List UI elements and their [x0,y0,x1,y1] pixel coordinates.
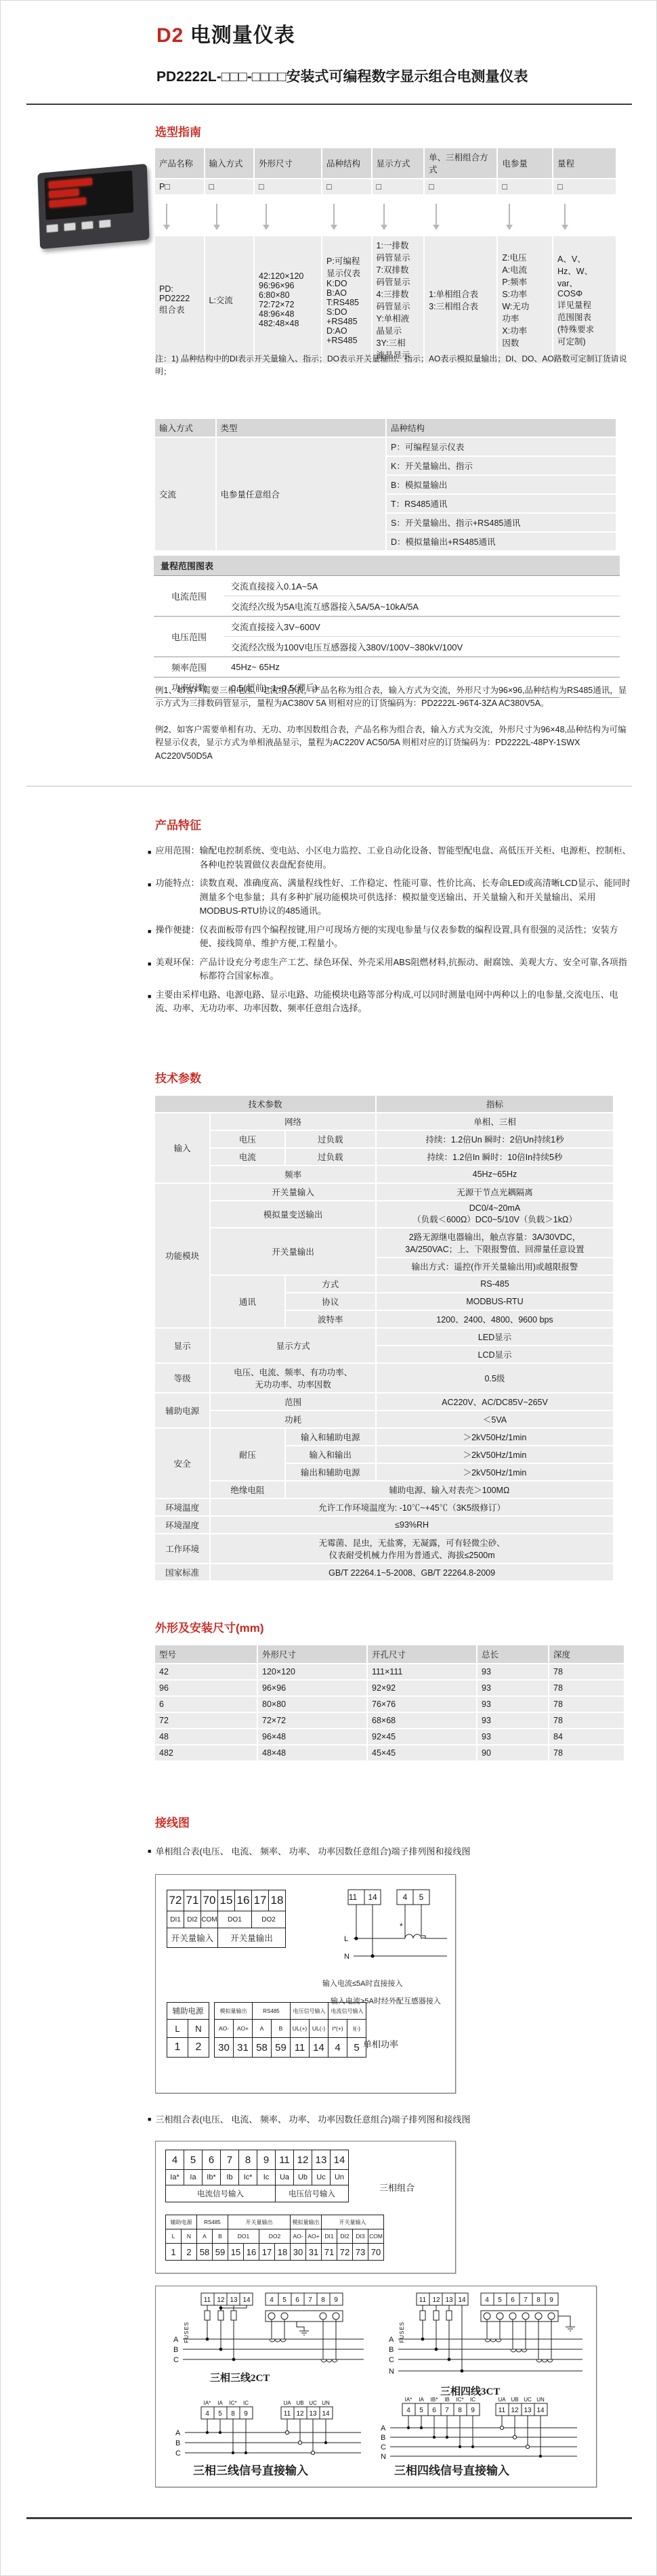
down-arrow-icon [564,204,566,228]
svg-text:6: 6 [295,2296,299,2304]
svg-text:13: 13 [309,2410,317,2418]
svg-text:13: 13 [230,2296,238,2304]
svg-text:A: A [175,2429,181,2437]
svg-text:4: 4 [270,2296,274,2304]
svg-text:13: 13 [524,2407,532,2414]
header-rule [26,104,632,105]
range-table: 量程范围图表 电流范围 交流直接接入0.1A~5A 交流经次级为5A电流互感器接… [154,556,620,698]
table-row: 交流经次级为100V电压互感器接入380V/100V~380kV/100V [154,637,620,657]
wiring-note-2: 输入电流>5A时经外配互感器接入 [331,1995,441,2006]
svg-text:5: 5 [498,2296,502,2304]
table-row: 频率范围 45Hz~ 65Hz [154,657,620,678]
table-row: 环境湿度≤93%RH [155,1517,613,1533]
table-row: 环境温度允许工作环境温度为: -10℃~+45℃（3K5级修订） [155,1499,613,1515]
table-row: P□□ □□ □□ □□ [155,179,616,194]
schematic-3wire-direct: IA* IA IC* IC 4 5 8 9 UA UB UC UN 11 12 … [173,2400,366,2458]
section-heading-features: 产品特征 [155,816,201,832]
page-title: D2 电测量仪表 [156,18,295,48]
svg-text:12: 12 [296,2410,304,2418]
single-phase-schematic: 11 14 4 5 * L N [344,1886,451,1968]
svg-text:5: 5 [218,2410,222,2418]
bullet-square-icon: ■ [148,1848,151,1857]
table-row: 交流经次级为5A电流互感器接入5A/5A~10kA/5A [154,596,620,617]
table-row: 输入方式 类型 品种结构 [155,419,616,437]
svg-text:A: A [389,2336,394,2344]
svg-text:C: C [381,2443,386,2451]
junction-marks [407,2426,542,2458]
svg-text:7: 7 [308,2296,312,2304]
title-text: 电测量仪表 [190,24,295,47]
svg-text:11: 11 [499,2407,506,2414]
svg-text:IA*: IA* [204,2400,211,2406]
table-row: 辅助电源 RS485 开关量输出 模拟量输出 开关量输入 [166,2215,384,2229]
svg-text:9: 9 [549,2296,553,2304]
section-heading-wiring: 接线图 [155,1813,190,1830]
schematic-wires [390,2403,577,2456]
svg-text:UA: UA [498,2397,506,2403]
svg-text:IC*: IC* [229,2400,236,2406]
svg-text:12: 12 [217,2296,225,2304]
table-row: DI1DI2 COMDO1 DO2 [167,1911,286,1928]
meter-button [81,221,93,230]
list-item: ■ 操作便捷： 仪表面板带有四个编程按键,用户可现场方便的实现电参量与仪表参数的… [148,923,633,951]
svg-text:5: 5 [282,2296,287,2304]
table-row: 电流范围 交流直接接入0.1A~5A [154,576,620,596]
svg-text:B: B [381,2434,385,2442]
svg-text:14: 14 [368,1892,377,1902]
svg-text:N: N [344,1953,349,1961]
product-photo [39,169,140,263]
table-row: 交流 电参量任意组合 P：可编程显示仪表 [155,438,616,456]
schematic-4wire-3ct: 11 12 13 14 4 5 6 7 8 9 A B C N FUSES [379,2292,589,2381]
single-phase-diagram: 7271 7015 1617 18 DI1DI2 COMDO1 DO2 开关量输… [155,1874,456,2093]
down-arrow-icon [333,204,335,228]
svg-text:11: 11 [284,2410,291,2418]
svg-text:11: 11 [204,2296,211,2304]
dimensions-table: 型号外形尺寸 开孔尺寸总长 深度 42120×120111×1119378 96… [154,1644,625,1762]
svg-text:L: L [344,1935,348,1943]
table-row: 通讯方式RS-485 [155,1276,613,1292]
table-row: 显示显示方式LED显示 [155,1329,613,1345]
table-row: 7272×7268×689378 [155,1713,624,1728]
meter-button [64,222,76,231]
meter-button [99,219,111,229]
svg-text:B: B [173,2346,178,2354]
schematic-wires [185,2407,361,2453]
table-row: 输入网络单相、三相 [155,1113,613,1130]
series-badge: D2 [156,24,184,47]
svg-text:11: 11 [349,1892,358,1902]
svg-text:8: 8 [321,2296,325,2304]
svg-text:UC: UC [309,2400,317,2406]
table-row: 4896×4892×459384 [155,1729,624,1744]
svg-text:7: 7 [524,2296,528,2304]
svg-text:A: A [173,2336,179,2344]
svg-text:14: 14 [322,2410,330,2418]
svg-text:8: 8 [458,2407,462,2414]
table-row: Ia*Ia Ib*Ib Ic*Ic UaUb UcUn [166,2170,349,2185]
table-row: 量程范围图表 [154,556,620,576]
datasheet-page: D2 电测量仪表 PD2222L-□□□-□□□□安装式可编程数字显示组合电测量… [0,0,657,2576]
table-row: 电压范围 交流直接接入3V~600V [154,617,620,637]
list-item: ■ 功能特点： 读数直观、准确度高、满量程线性好、工作稳定、性能可靠、性价比高、… [148,876,633,918]
list-item: ■ 主要由采样电路、电源电路、显示电路、功能模块电路等部分构成,可以同时测量电网… [148,988,633,1016]
table-row: 3031 5859 1114 45 [215,2038,366,2058]
down-arrow-icon [383,204,385,228]
schematic-caption: 三相三线2CT [210,2370,270,2384]
table-row: 型号外形尺寸 开孔尺寸总长 深度 [155,1645,624,1663]
svg-text:IC*: IC* [456,2397,463,2403]
svg-text:4: 4 [205,2410,209,2418]
terminal-strip-signals-3p: 45 67 89 1112 1314 Ia*Ia Ib*Ib Ic*Ic UaU… [165,2150,349,2202]
svg-text:C: C [389,2356,394,2364]
down-arrow-icon [266,204,267,228]
svg-text:A: A [381,2424,386,2433]
svg-text:IA: IA [217,2400,223,2406]
table-row: 12 5859 1516 1718 3031 7172 7370 [166,2244,384,2261]
section-divider [26,786,632,786]
meter-button [46,224,58,234]
svg-text:9: 9 [334,2296,338,2304]
table-row: 12 [167,2038,209,2058]
bullet-square-icon: ■ [148,959,151,983]
svg-text:6: 6 [432,2407,436,2414]
table-row: PD: PD2222 组合表 L:交流 42:120×120 96:96×96 … [155,236,616,363]
svg-text:14: 14 [458,2296,466,2304]
led-segment [49,189,79,198]
schematic-caption: 三相三线信号直接输入 [193,2461,308,2478]
fuses-label: FUSES [399,2322,405,2343]
terminal-strip-signals: 模拟量输出 RS485 电压信号输入 电流信号输入 AO-AO+ AB UL(+… [214,2002,366,2058]
svg-text:UN: UN [322,2400,330,2406]
svg-text:C: C [175,2449,181,2458]
svg-text:IB: IB [444,2397,450,2403]
svg-text:IA: IA [419,2397,424,2403]
down-arrow-icon [436,204,437,228]
svg-text:14: 14 [242,2296,251,2304]
meter-buttons [46,217,142,233]
svg-text:14: 14 [536,2407,545,2414]
bullet-square-icon: ■ [148,2116,151,2125]
down-arrow-icon [509,204,510,228]
features-list: ■ 应用范围： 输配电控制系统、变电站、小区电力监控、工业自动化设备、智能型配电… [148,844,633,1021]
meter-body [37,164,149,249]
table-row: 电流信号输入 电压信号输入 [166,2185,349,2202]
table-row: 产品名称输入方式 外形尺寸品种结构 显示方式单、三相组合方式 电参量量程 [155,148,616,178]
bullet-square-icon: ■ [148,880,151,918]
table-row: AO-AO+ AB UL(+)UL(-) I*(+)I(-) [215,2020,366,2038]
tech-params-table: 技术参数指标 输入网络单相、三相 电压过负载持续：1.2倍Un 瞬时：2倍Un持… [154,1094,614,1582]
table-row: 模拟量变送输出DC0/4~20mA （负载＜600Ω）DC0~5/10V（负载＞… [155,1201,613,1227]
table-row: 42120×120111×1119378 [155,1664,624,1679]
table-row: 9696×9692×929378 [155,1681,624,1695]
meter-display [45,171,134,220]
svg-text:*: * [400,1922,403,1931]
table-row: LN [167,2020,209,2038]
bullet-square-icon: ■ [148,927,151,951]
svg-text:7: 7 [445,2407,449,2414]
schematic-caption: 单相功率 [363,2037,398,2050]
svg-text:B: B [175,2439,180,2447]
table-row: 7271 7015 1617 18 [167,1890,286,1911]
wiring-bullet-1: ■ 单相组合表(电压、 电流、 频率、 功率、 功率因数任意组合)端子排列图和接… [148,1844,629,1857]
svg-text:IC: IC [470,2397,475,2403]
diagram-side-label: 三相组合 [379,2181,415,2194]
example-1: 例1、如客户需要三相电压、电流组合表，产品名称为组合表，输入方式为交流，外形尺寸… [155,684,633,711]
terminal-strip-aux-power: 辅助电源 LN 12 [167,2002,209,2058]
bullet-square-icon: ■ [148,992,151,1016]
wiring-bullet-2: ■ 三相组合表(电压、 电流、 频率、 功率、 功率因数任意组合)端子排列图和接… [148,2112,629,2125]
table-row: 功能模块开关量输入无源干节点光耦隔离 [155,1184,613,1200]
table-row: 等级电压、电流、频率、有功功率、 无功功率、功率因数0.5级 [155,1364,613,1392]
svg-text:UA: UA [283,2400,291,2406]
section-heading-dimensions: 外形及安装尺寸(mm) [155,1618,264,1635]
terminal-strip-io-3p: 辅助电源 RS485 开关量输出 模拟量输出 开关量输入 LN AB DO1 D… [165,2215,384,2261]
three-phase-schematics: 11 12 13 14 4 5 6 7 8 9 A B C FUSES 三相三线… [155,2286,597,2487]
junction-dots [354,1936,374,1957]
svg-text:9: 9 [471,2407,475,2414]
svg-text:12: 12 [511,2407,519,2414]
svg-text:UN: UN [536,2397,545,2403]
page-subtitle: PD2222L-□□□-□□□□安装式可编程数字显示组合电测量仪表 [156,66,528,86]
svg-text:UB: UB [296,2400,303,2406]
table-row: 电压过负载持续：1.2倍Un 瞬时：2倍Un持续1秒 [155,1131,613,1147]
table-row: 功耗＜5VA [155,1411,613,1427]
svg-text:8: 8 [231,2410,235,2418]
schematic-wires [348,1890,447,1956]
section-heading-tech: 技术参数 [155,1069,201,1086]
led-segment [49,178,92,189]
schematic-caption: 三相四线信号直接输入 [394,2461,509,2478]
junction-dots [421,2338,464,2373]
table-row: 48248×4845×459078 [155,1746,624,1760]
list-item: ■ 应用范围： 输配电控制系统、变电站、小区电力监控、工业自动化设备、智能型配电… [148,844,633,872]
example-2: 例2、如客户需要单相有功、无功、功率因数组合表，产品名称为组合表，输入方式为交流… [155,724,633,763]
svg-text:UB: UB [511,2397,518,2403]
down-arrow-icon [166,204,167,228]
wiring-note-1: 输入电流≤5A时直接接入 [322,1978,403,1989]
terminal-strip-di-do: 7271 7015 1617 18 DI1DI2 COMDO1 DO2 开关量输… [167,1890,286,1948]
table-row: 国家标准GB/T 22264.1~5-2008、GB/T 22264.8-200… [155,1564,613,1580]
svg-text:8: 8 [536,2296,541,2304]
svg-text:5: 5 [419,1892,424,1902]
svg-text:N: N [381,2453,386,2460]
svg-text:IC: IC [243,2400,249,2406]
svg-text:5: 5 [419,2407,423,2414]
svg-text:IB*: IB* [431,2397,438,2403]
svg-text:9: 9 [244,2410,248,2418]
svg-text:13: 13 [445,2296,453,2304]
table-row: 辅助电源 [167,2003,209,2020]
selection-table: 产品名称输入方式 外形尺寸品种结构 显示方式单、三相组合方式 电参量量程 P□□… [154,147,617,365]
svg-text:4: 4 [406,2407,410,2414]
svg-text:12: 12 [432,2296,440,2304]
svg-text:N: N [389,2368,394,2376]
svg-text:UC: UC [524,2397,532,2403]
table-row: 技术参数指标 [155,1096,613,1112]
schematic-caption: 三相四线3CT [440,2384,500,2398]
table-row: 辅助电源范围AC220V、AC/DC85V~265V [155,1394,613,1410]
svg-text:6: 6 [511,2296,515,2304]
schematic-wires [398,2293,582,2371]
table-row: 开关量输入 开关量输出 [167,1928,286,1948]
down-arrow-icon [216,204,217,228]
table-row: 电流过负载持续：1.2倍In 瞬时：10倍In持续5秒 [155,1149,613,1165]
table-row: 45 67 89 1112 1314 [166,2150,349,2170]
table-row: 安全耐压输入和辅助电源＞2kV50Hz/1min [155,1429,613,1445]
svg-text:IA*: IA* [405,2397,412,2403]
section-heading-selection: 选型指南 [155,123,201,139]
fuses-label: FUSES [184,2322,190,2343]
schematic-4wire-direct: IA* IA IB* IB IC* IC 4 5 6 7 8 9 UA UB U… [379,2397,582,2460]
table-row: LN AB DO1 DO2 AO-AO+ DI1DI2 DI3COM [166,2229,384,2244]
three-phase-diagram: 45 67 89 1112 1314 Ia*Ia Ib*Ib Ic*Ic UaU… [155,2141,456,2273]
table-row: 绝缘电阻辅助电源、输入对表壳＞100MΩ [155,1482,613,1498]
list-item: ■ 美观环保： 产品计设充分考虑生产工艺、绿色环保、外壳采用ABS阻燃材料,抗振… [148,956,633,983]
table-row: 工作环境无霉菌、昆虫，无盐雾，无凝露，可有轻微尘砂、 仪表耐受机械力作用为普通式… [155,1534,613,1563]
schematic-3wire-2ct: 11 12 13 14 4 5 6 7 8 9 A B C FUSES [164,2292,367,2368]
svg-text:4: 4 [485,2296,489,2304]
bullet-square-icon: ■ [148,847,151,872]
input-type-table: 输入方式 类型 品种结构 交流 电参量任意组合 P：可编程显示仪表 K：开关量输… [154,418,617,552]
svg-text:4: 4 [403,1892,408,1902]
led-segment [49,198,86,208]
svg-text:B: B [389,2346,394,2354]
table-row: 680×8076×769378 [155,1697,624,1712]
svg-text:C: C [173,2356,179,2364]
table-row: 频率45Hz~65Hz [155,1166,613,1182]
footer-rule [26,2517,632,2519]
table-row: 开关量输出2路无源继电器输出，触点容量：3A/30VDC， 3A/250VAC；… [155,1228,613,1257]
selection-note: 注：1) 品种结构中的DI表示开关量输入、指示；DO表示开关量输出、指示；AO表… [155,353,629,378]
svg-text:11: 11 [419,2296,427,2304]
arrow-row [155,196,616,235]
